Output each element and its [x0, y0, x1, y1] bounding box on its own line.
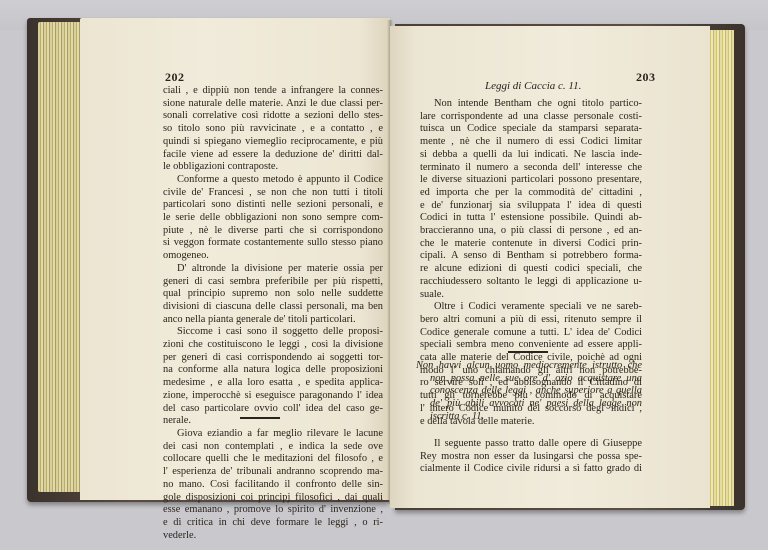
- heading-line: iscritta c. 11.: [416, 411, 642, 424]
- text-line: sonali correlative così ridotte a sezion…: [163, 110, 383, 123]
- text-line: gole disposizioni coi principj filosofic…: [163, 492, 383, 505]
- text-line: suale.: [420, 289, 642, 302]
- text-line: e di critica in chi deve formare le legg…: [163, 517, 383, 530]
- text-line: Codice generale comune a tutti. L' idea …: [420, 327, 642, 340]
- page-number-left: 202: [165, 70, 185, 85]
- text-line: le obbligazioni contraposte.: [163, 161, 383, 174]
- text-line: lare corrispondente ad una classe person…: [420, 111, 642, 124]
- italic-section-heading: Non havvi alcun uomo mediocremente istru…: [416, 360, 642, 424]
- text-line: medesime , e alla loro esatta , e spedit…: [163, 377, 383, 390]
- text-line: Siccome i casi sono il soggetto delle pr…: [163, 326, 383, 339]
- text-line: piute , nè le diverse parti che si corri…: [163, 225, 383, 238]
- text-line: Non intende Bentham che ogni titolo part…: [420, 98, 642, 111]
- section-rule: [240, 417, 280, 419]
- text-line: sione naturale delle materie. Anzi le du…: [163, 98, 383, 111]
- text-line: terminato il numero a seconda dell' inte…: [420, 162, 642, 175]
- text-line: zioni che costituiscono le leggi , così …: [163, 339, 383, 352]
- text-line: zione, imperocchè si eseguisce paragonan…: [163, 390, 383, 403]
- text-line: civile de' Francesi , se non che non tut…: [163, 187, 383, 200]
- text-line: collocare quelli che le meditazioni del …: [163, 453, 383, 466]
- text-line: quindi si spiegano viemeglio reciprocame…: [163, 136, 383, 149]
- text-line: del caso particolare ovvio coll' idea de…: [163, 403, 383, 416]
- text-line: braccieranno una, o più classi di person…: [420, 225, 642, 238]
- right-page: Leggi di Caccia c. 11. 203 Non intende B…: [390, 26, 710, 508]
- text-line: l' esperienza de' tribunali andranno sco…: [163, 466, 383, 479]
- text-line: no mano. Così facilitando il confronto d…: [163, 479, 383, 492]
- text-line: cialmente il Codice civile ridursi a sì …: [420, 463, 642, 476]
- page-edges-left: [38, 22, 80, 492]
- text-line: bero altri comuni a più di essi, ritenut…: [420, 314, 642, 327]
- heading-line: Non havvi alcun uomo mediocremente istru…: [416, 360, 642, 373]
- text-line: le serie delle obbligazioni non sono sem…: [163, 212, 383, 225]
- text-line: D' altronde la divisione per materie oss…: [163, 263, 383, 276]
- text-line: na conforme alla natura logica delle pro…: [163, 364, 383, 377]
- text-line: ed importa che per la commodità de' citt…: [420, 187, 642, 200]
- heading-line: non possa nelle sue ore d' ozio acquista…: [416, 373, 642, 386]
- text-line: ciali , e dippiù non tende a infrangere …: [163, 85, 383, 98]
- left-page: 202 ciali , e dippiù non tende a infrang…: [80, 18, 390, 500]
- text-line: che le materie contenute in diversi Codi…: [420, 238, 642, 251]
- text-line: le diverse situazioni particolari posson…: [420, 174, 642, 187]
- text-line: si debba a quelli da lui indicati. Ne la…: [420, 149, 642, 162]
- running-head: Leggi di Caccia c. 11.: [485, 80, 581, 92]
- text-line: omogeneo.: [163, 250, 383, 263]
- text-line: vederle.: [163, 530, 383, 543]
- text-line: Conforme a questo metodo è appunto il Co…: [163, 174, 383, 187]
- text-line: generi di casi sembra preferibile per pi…: [163, 276, 383, 289]
- text-line: mente , nè che il numero di essi Codici …: [420, 136, 642, 149]
- heading-line: de' più abili avvocati ne' paesi della l…: [416, 398, 642, 411]
- text-line: particolari sono distinti nelle sezioni …: [163, 199, 383, 212]
- text-line: qual principio supremo non solo nelle su…: [163, 288, 383, 301]
- text-line: Rey mostra non esser da lusingarsi che p…: [420, 451, 642, 464]
- text-line: racchiudessero soltanto le leggi di appl…: [420, 276, 642, 289]
- text-line: e de' funzionarj sia sviluppata l' idea …: [420, 200, 642, 213]
- text-line: Codici in tutta l' estensione possibile.…: [420, 212, 642, 225]
- text-line: Oltre i Codici veramente speciali ve ne …: [420, 301, 642, 314]
- text-line: divisioni di ciascuna delle classi perso…: [163, 301, 383, 314]
- heading-line: conoscenza delle leggi , anche superiore…: [416, 385, 642, 398]
- text-line: si veggon formate costantemente sullo st…: [163, 237, 383, 250]
- text-line: anco nella pianta generale de' titoli pa…: [163, 314, 383, 327]
- closing-paragraph: Il seguente passo tratto dalle opere di …: [420, 438, 642, 476]
- text-line: so titolo sono più ravvicinate , e a con…: [163, 123, 383, 136]
- text-line: per generi di casi corrispondendo ai sog…: [163, 352, 383, 365]
- text-line: esse emanano , promove lo spirito d' inv…: [163, 504, 383, 517]
- text-line: Il seguente passo tratto dalle opere di …: [420, 438, 642, 451]
- section-rule: [508, 351, 548, 353]
- text-line: dei casi non contemplati , e indica la s…: [163, 441, 383, 454]
- text-line: tuisca un Codice speciale da stamparsi s…: [420, 123, 642, 136]
- left-page-text: ciali , e dippiù non tende a infrangere …: [163, 85, 383, 542]
- text-line: facile viene ad essere la deduzione de' …: [163, 149, 383, 162]
- text-line: re alcune edizioni di questi codici spec…: [420, 263, 642, 276]
- text-line: cipali. A senso di Bentham si potrebbero…: [420, 250, 642, 263]
- page-edges-right: [708, 30, 734, 506]
- page-number-right: 203: [636, 70, 656, 85]
- text-line: Giova eziandio a far meglio rilevare le …: [163, 428, 383, 441]
